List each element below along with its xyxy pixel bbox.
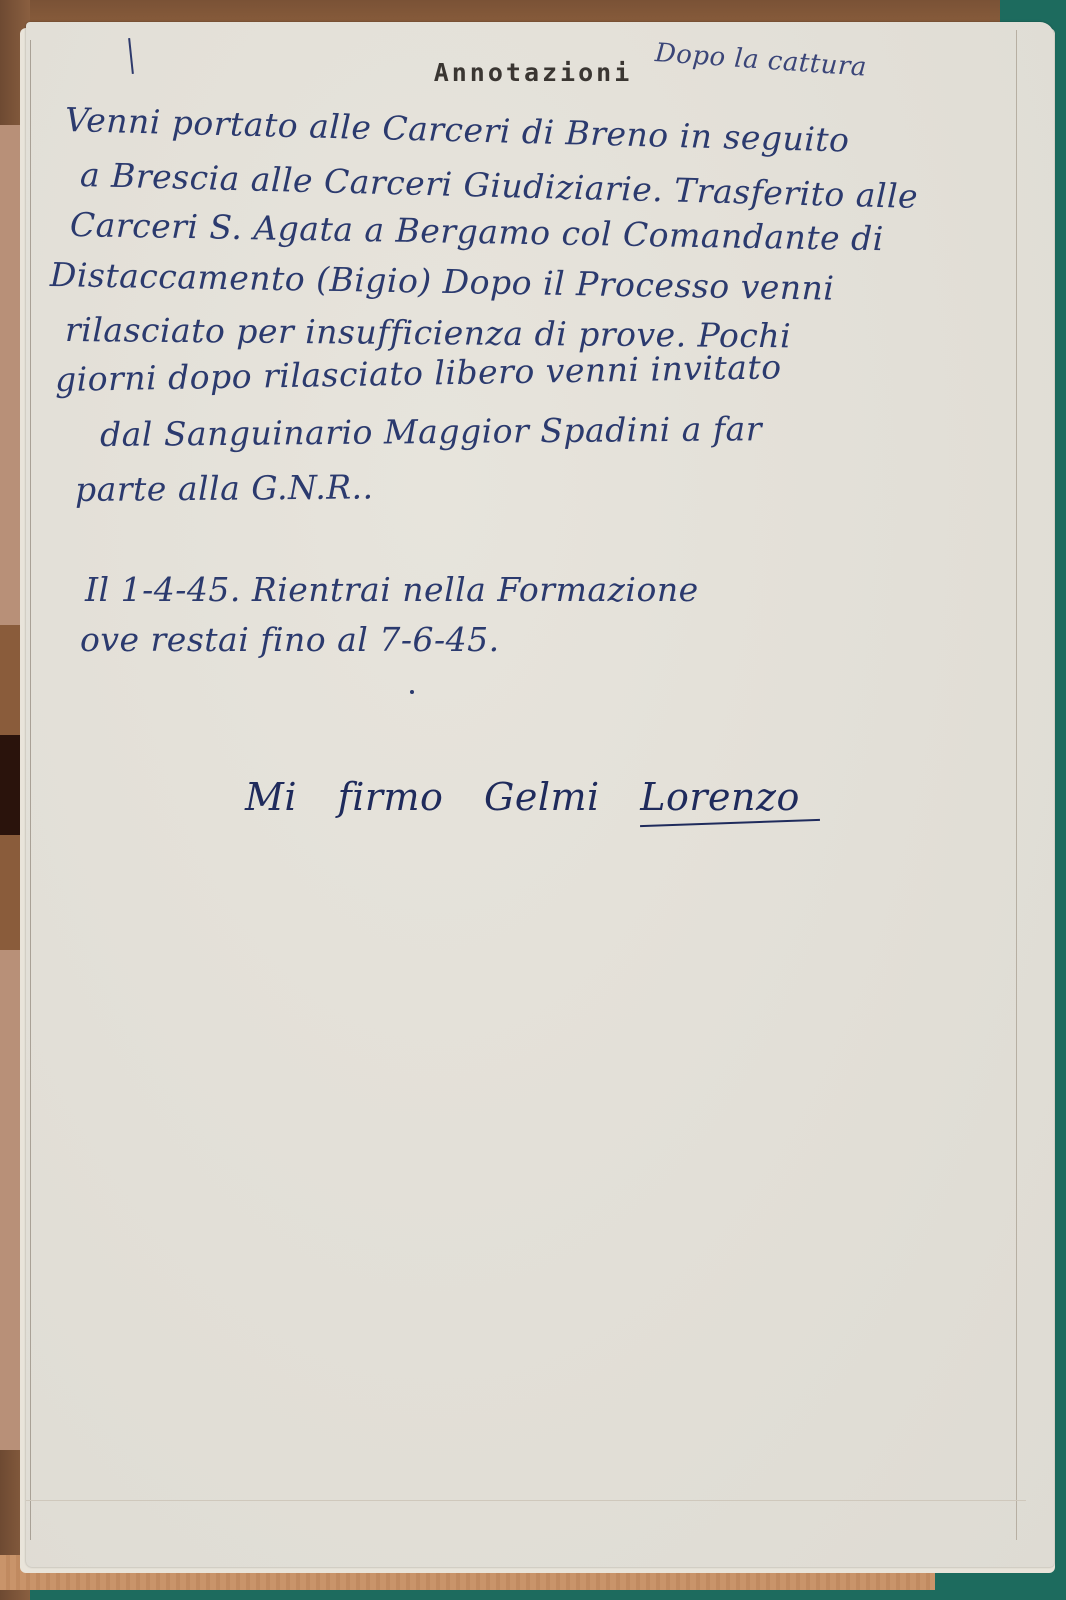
handwritten-line: dal Sanguinario Maggior Spadini a far [100,409,762,454]
page-bottom-fold [26,1500,1026,1501]
page-edge-line [30,40,31,1540]
handwritten-line: Il 1-4-45. Rientrai nella Formazione [85,570,699,609]
handwritten-line: parte alla G.N.R.. [75,467,374,509]
printed-heading: Annotazioni [0,58,1066,87]
signature: Mi firmo Gelmi Lorenzo [245,775,800,819]
ink-dot [410,690,414,694]
page-fold-line [1016,30,1017,1540]
handwritten-line: ove restai fino al 7-6-45. [80,620,500,659]
